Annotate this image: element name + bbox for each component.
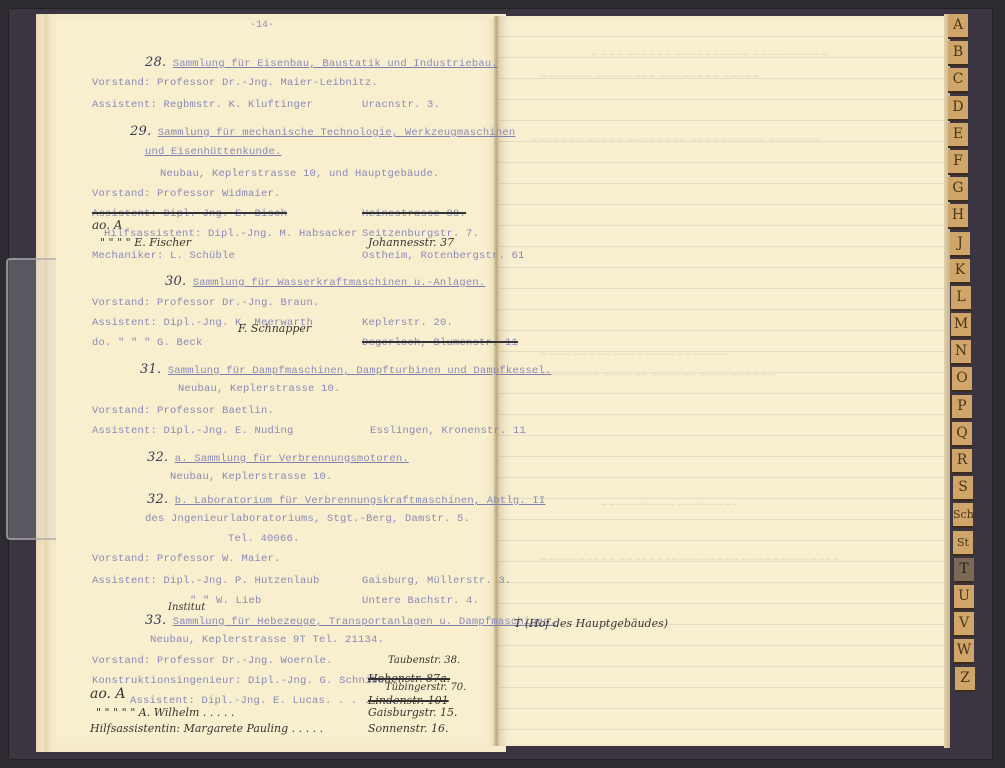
- bleed-through-text: ~~~~~~~ ~~~~~ ~~~~~~~~ ~~~~~~~~~~ ~~~~~~…: [530, 135, 820, 145]
- index-tab-f[interactable]: F: [948, 150, 968, 175]
- index-tab-st[interactable]: St: [953, 531, 973, 556]
- handwritten-address: Gaisburgstr. 15.: [368, 706, 458, 719]
- entry-line: Vorstand: Professor Widmaier.: [92, 188, 281, 200]
- entry-number: 29.: [130, 124, 151, 139]
- bleed-through-text: ~~~~~~~~~~ ~~~~~~~~: [600, 500, 739, 510]
- entry-location: Neubau, Keplerstrasse 9T Tel. 21134.: [150, 634, 384, 646]
- entry-29-heading: 29. Sammlung für mechanische Technologie…: [130, 124, 515, 139]
- entry-title: a. Sammlung für Verbrennungsmotoren.: [175, 453, 409, 465]
- entry-location: Neubau, Keplerstrasse 10.: [178, 383, 341, 395]
- entry-location: Neubau, Keplerstrasse 10, und Hauptgebäu…: [160, 168, 440, 180]
- index-tab-j[interactable]: J: [950, 232, 970, 257]
- handwritten-annotation: ao. A: [90, 686, 126, 702]
- entry-line-struck: do. " " " G. Beck: [92, 337, 203, 349]
- entry-address: Gaisburg, Müllerstr. 3.: [362, 575, 512, 587]
- index-tab-w[interactable]: W: [954, 639, 974, 664]
- alphabet-index-tabs: A B C D E F G H J K L M N O P Q R S Sch …: [948, 14, 978, 694]
- index-tab-q[interactable]: Q: [952, 422, 972, 447]
- handwritten-line: " " " " E. Fischer: [100, 236, 191, 249]
- entry-phone: Tel. 40066.: [228, 533, 300, 545]
- handwritten-correction: F. Schnapper: [238, 322, 311, 335]
- entry-line: Assistent: Dipl.-Jng. P. Hutzenlaub: [92, 575, 320, 587]
- entry-address: Ostheim, Rotenbergstr. 61: [362, 250, 525, 262]
- entry-line: Mechaniker: L. Schüble: [92, 250, 235, 262]
- right-page: [498, 16, 944, 746]
- entry-line: Vorstand: Professor Dr.-Jng. Woernle.: [92, 655, 333, 667]
- page-number: -14-: [250, 20, 274, 31]
- entry-address: Keplerstr. 20.: [362, 317, 453, 329]
- handwritten-address: Johannesstr. 37: [368, 236, 454, 249]
- entry-number: 30.: [165, 274, 186, 289]
- index-tab-a[interactable]: A: [948, 14, 968, 39]
- index-tab-p[interactable]: P: [952, 395, 972, 420]
- index-tab-g[interactable]: G: [948, 177, 968, 202]
- entry-title: Sammlung für Dampfmaschinen, Dampfturbin…: [168, 365, 552, 377]
- index-tab-l[interactable]: L: [951, 286, 971, 311]
- entry-33-heading: 33. Sammlung für Hebezeuge, Transportanl…: [145, 613, 556, 628]
- index-tab-t[interactable]: T: [954, 558, 974, 583]
- entry-31-heading: 31. Sammlung für Dampfmaschinen, Dampftu…: [140, 362, 551, 377]
- index-tab-o[interactable]: O: [952, 367, 972, 392]
- entry-title: Sammlung für Hebezeuge, Transportanlagen…: [173, 616, 557, 628]
- handwritten-address: Sonnenstr. 16.: [368, 722, 449, 735]
- index-tab-z[interactable]: Z: [955, 667, 975, 692]
- entry-line: Vorstand: Professor Dr.-Jng. Maier-Leibn…: [92, 77, 378, 89]
- index-tab-s[interactable]: S: [953, 476, 973, 501]
- entry-title-continued: des Jngenieurlaboratoriums, Stgt.-Berg, …: [145, 513, 470, 525]
- bleed-through-text: ~~~~~~~~ ~~~~~~ ~~~~~~ ~~~~~~~~~~: [540, 370, 775, 380]
- entry-line: Vorstand: Professor W. Maier.: [92, 553, 281, 565]
- entry-32b-heading: 32. b. Laboratorium für Verbrennungskraf…: [147, 492, 545, 507]
- index-tab-n[interactable]: N: [951, 340, 971, 365]
- index-tab-v[interactable]: V: [954, 612, 974, 637]
- index-tab-e[interactable]: E: [948, 123, 968, 148]
- index-tab-sch[interactable]: Sch: [953, 503, 973, 528]
- entry-line: Assistent: Regbmstr. K. Kluftinger: [92, 99, 313, 111]
- entry-line: Assistent: Dipl.-Jng. E. Nuding: [92, 425, 294, 437]
- entry-title-continued: und Eisenhüttenkunde.: [145, 146, 282, 158]
- entry-address: Uracnstr. 3.: [362, 99, 440, 111]
- handwritten-correction: Tübingerstr. 70.: [385, 682, 466, 693]
- entry-address: Esslingen, Kronenstr. 11: [370, 425, 526, 437]
- index-tab-u[interactable]: U: [954, 585, 974, 610]
- entry-title: Sammlung für mechanische Technologie, We…: [158, 127, 516, 139]
- entry-28-heading: 28. Sammlung für Eisenbau, Baustatik und…: [145, 55, 498, 70]
- handwritten-line: " " " " " A. Wilhelm . . . . .: [96, 706, 234, 719]
- index-tab-k[interactable]: K: [950, 259, 970, 284]
- bleed-through-text: ~~~~~~~ ~~~~~~~~ ~~~~~~~~ ~~~~~: [540, 72, 760, 82]
- handwritten-note: T (Hof des Hauptgebäudes): [514, 617, 668, 630]
- entry-number: 33.: [145, 613, 166, 628]
- entry-location: Neubau, Keplerstrasse 10.: [170, 471, 333, 483]
- index-tab-b[interactable]: B: [948, 41, 968, 66]
- entry-address-struck: Degerloch, Blumenstr. 11: [362, 337, 518, 349]
- index-tab-m[interactable]: M: [951, 313, 971, 338]
- index-tab-r[interactable]: R: [952, 449, 972, 474]
- entry-address-struck: Heinestrasse 88.: [362, 208, 466, 220]
- entry-title: Sammlung für Wasserkraftmaschinen u.-Anl…: [193, 277, 486, 289]
- handwritten-annotation: Institut: [168, 602, 205, 613]
- entry-number: 32.: [147, 450, 168, 465]
- index-tab-c[interactable]: C: [948, 68, 968, 93]
- entry-line: Konstruktionsingenieur: Dipl.-Jng. G. Sc…: [92, 675, 398, 687]
- index-tab-d[interactable]: D: [948, 96, 968, 121]
- bleed-through-text: ~~~~ ~~~~~ ~~~~~~~~ ~~~~~~~: [540, 350, 730, 360]
- entry-30-heading: 30. Sammlung für Wasserkraftmaschinen u.…: [165, 274, 485, 289]
- entry-address: Untere Bachstr. 4.: [362, 595, 479, 607]
- entry-title: Sammlung für Eisenbau, Baustatik und Ind…: [173, 58, 498, 70]
- entry-number: 28.: [145, 55, 166, 70]
- entry-line: Vorstand: Professor Baetlin.: [92, 405, 274, 417]
- entry-number: 32.: [147, 492, 168, 507]
- entry-line: Vorstand: Professor Dr.-Jng. Braun.: [92, 297, 320, 309]
- index-tab-h[interactable]: H: [948, 204, 968, 229]
- entry-32a-heading: 32. a. Sammlung für Verbrennungsmotoren.: [147, 450, 409, 465]
- entry-title: b. Laboratorium für Verbrennungskraftmas…: [175, 495, 546, 507]
- bleed-through-text: ~~~~~~~~~~ ~~~~~~~~~~~~~~~~ ~~~~~~~~~~~~…: [540, 555, 840, 565]
- handwritten-correction: Taubenstr. 38.: [388, 655, 460, 666]
- entry-number: 31.: [140, 362, 161, 377]
- bleed-through-text: ~ ~~~ ~~~~~~ ~~~~~~~~~~ ~~~~~~~~~~: [590, 50, 828, 60]
- handwritten-line: Hilfsassistentin: Margarete Pauling . . …: [90, 722, 323, 735]
